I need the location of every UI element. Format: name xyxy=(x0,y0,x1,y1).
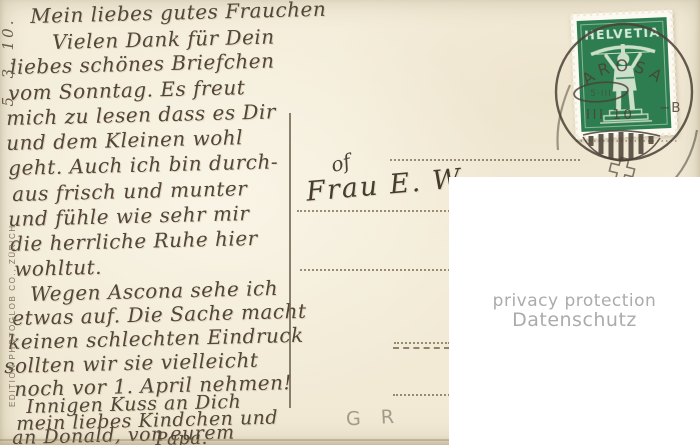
address-line xyxy=(300,269,450,271)
message-line: geht. Auch ich bin durch- xyxy=(8,151,278,178)
message-line: Vielen Dank für Dein xyxy=(52,27,275,52)
address-line xyxy=(297,210,450,212)
message-line: liebes schönes Briefchen xyxy=(10,51,275,77)
postmark: AROSA 5·III III 10 −B xyxy=(535,8,700,203)
message-line: keinen schlechten Eindruck xyxy=(8,325,304,352)
privacy-overlay-line1: privacy protection xyxy=(493,293,657,309)
message-line: und dem Kleinen wohl xyxy=(6,127,243,153)
card-bottom-edge xyxy=(0,439,450,441)
message-signature: Papa. xyxy=(155,430,208,445)
margin-date: 5. 3. 10. xyxy=(0,17,15,107)
address-line xyxy=(393,347,450,349)
postmark-code: −B xyxy=(659,100,682,116)
message-line: wohltut. xyxy=(14,257,102,279)
privacy-overlay-line2: Datenschutz xyxy=(512,311,637,329)
postmark-circle xyxy=(556,24,692,160)
postcard-scan: Mein liebes gutes Frauchen Vielen Dank f… xyxy=(0,0,700,445)
message-line: aus frisch und munter xyxy=(12,178,247,204)
message-line: mich zu lesen dass es Dir xyxy=(6,101,276,128)
postmark-second-strike-arc xyxy=(558,85,571,150)
privacy-overlay: privacy protection Datenschutz xyxy=(449,177,700,445)
publisher-imprint: EDITION PHOTOGLOB CO., ZÜRICH xyxy=(8,247,20,407)
address-line xyxy=(393,394,450,396)
message-line: die herrliche Ruhe hier xyxy=(10,228,258,254)
divider-line xyxy=(289,113,291,408)
message-line: Mein liebes gutes Frauchen xyxy=(30,0,326,26)
address-line1-handwriting: Frau E. W xyxy=(305,163,463,208)
pencil-note: G R xyxy=(345,406,401,431)
postmark-date-line: III 10 xyxy=(586,107,634,123)
message-line: vom Sonntag. Es freut xyxy=(8,77,246,103)
address-line xyxy=(394,342,450,344)
message-line: und fühle wie sehr mir xyxy=(8,203,250,229)
postmark-oval-date: 5·III xyxy=(590,89,612,99)
